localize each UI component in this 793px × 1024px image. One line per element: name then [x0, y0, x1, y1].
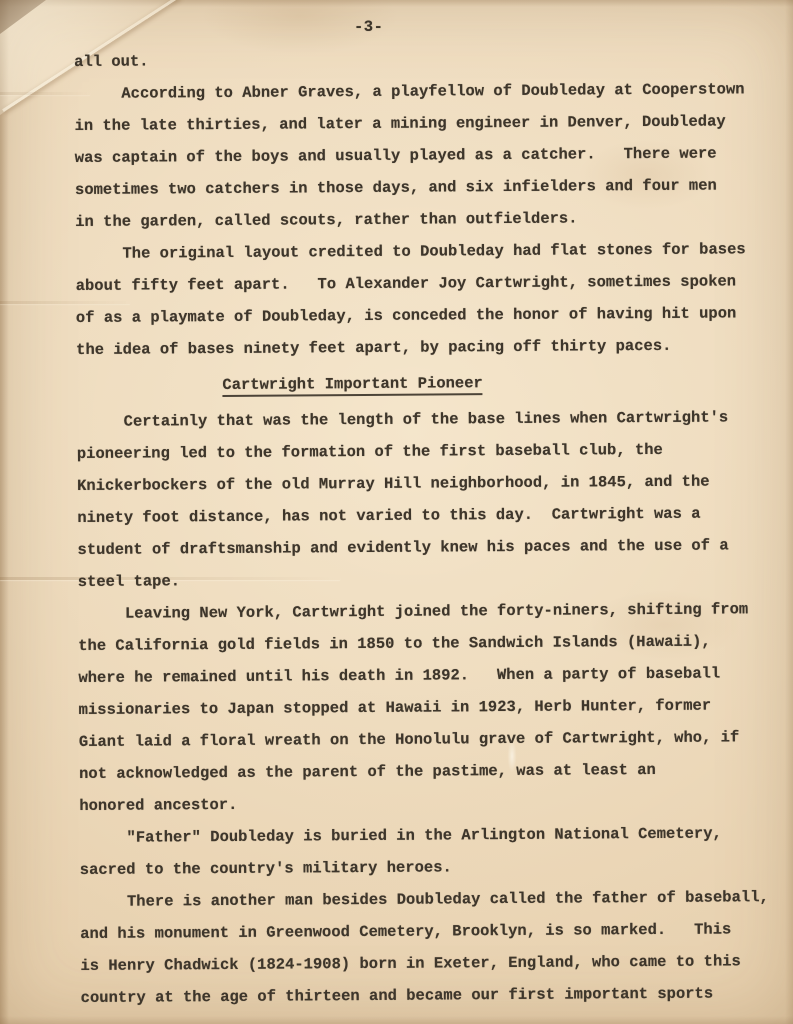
- text-line: is Henry Chadwick (1824-1908) born in Ex…: [80, 945, 770, 982]
- text-line: missionaries to Japan stopped at Hawaii …: [79, 689, 769, 726]
- text-line: all out.: [74, 41, 764, 78]
- text-line: was captain of the boys and usually play…: [75, 137, 765, 174]
- document-body: all out.According to Abner Graves, a pla…: [74, 41, 771, 1014]
- text-line: the idea of bases ninety feet apart, by …: [76, 329, 766, 366]
- text-line: ninety foot distance, has not varied to …: [77, 497, 767, 534]
- text-line: not acknowledged as the parent of the pa…: [79, 753, 769, 790]
- text-line: There is another man besides Doubleday c…: [80, 881, 770, 918]
- text-line: Knickerbockers of the old Murray Hill ne…: [77, 465, 767, 502]
- text-line: The original layout credited to Doubleda…: [75, 233, 765, 270]
- text-line: where he remained until his death in 189…: [78, 657, 768, 694]
- text-line: about fifty feet apart. To Alexander Joy…: [76, 265, 766, 302]
- text-line: steel tape.: [78, 561, 768, 598]
- text-line: Giant laid a floral wreath on the Honolu…: [79, 721, 769, 758]
- text-line: Leaving New York, Cartwright joined the …: [78, 593, 768, 630]
- text-line: sometimes two catchers in those days, an…: [75, 169, 765, 206]
- section-heading: Cartwright Important Pioneer: [222, 365, 766, 401]
- text-line: student of draftsmanship and evidently k…: [77, 529, 767, 566]
- text-line: According to Abner Graves, a playfellow …: [74, 73, 764, 110]
- text-line: Certainly that was the length of the bas…: [77, 401, 767, 438]
- text-line: pioneering led to the formation of the f…: [77, 433, 767, 470]
- page-number: -3-: [354, 18, 383, 36]
- text-line: country at the age of thirteen and becam…: [81, 977, 771, 1014]
- text-line: "Father" Doubleday is buried in the Arli…: [79, 817, 769, 854]
- text-line: sacred to the country's military heroes.: [80, 849, 770, 886]
- text-line: in the late thirties, and later a mining…: [74, 105, 764, 142]
- text-line: and his monument in Greenwood Cemetery, …: [80, 913, 770, 950]
- text-line: honored ancestor.: [79, 785, 769, 822]
- text-line: the California gold fields in 1850 to th…: [78, 625, 768, 662]
- paper-page: -3- all out.According to Abner Graves, a…: [0, 0, 793, 1024]
- corner-shadow: [0, 0, 46, 34]
- text-line: of as a playmate of Doubleday, is conced…: [76, 297, 766, 334]
- text-line: in the garden, called scouts, rather tha…: [75, 201, 765, 238]
- section-heading-text: Cartwright Important Pioneer: [222, 374, 483, 397]
